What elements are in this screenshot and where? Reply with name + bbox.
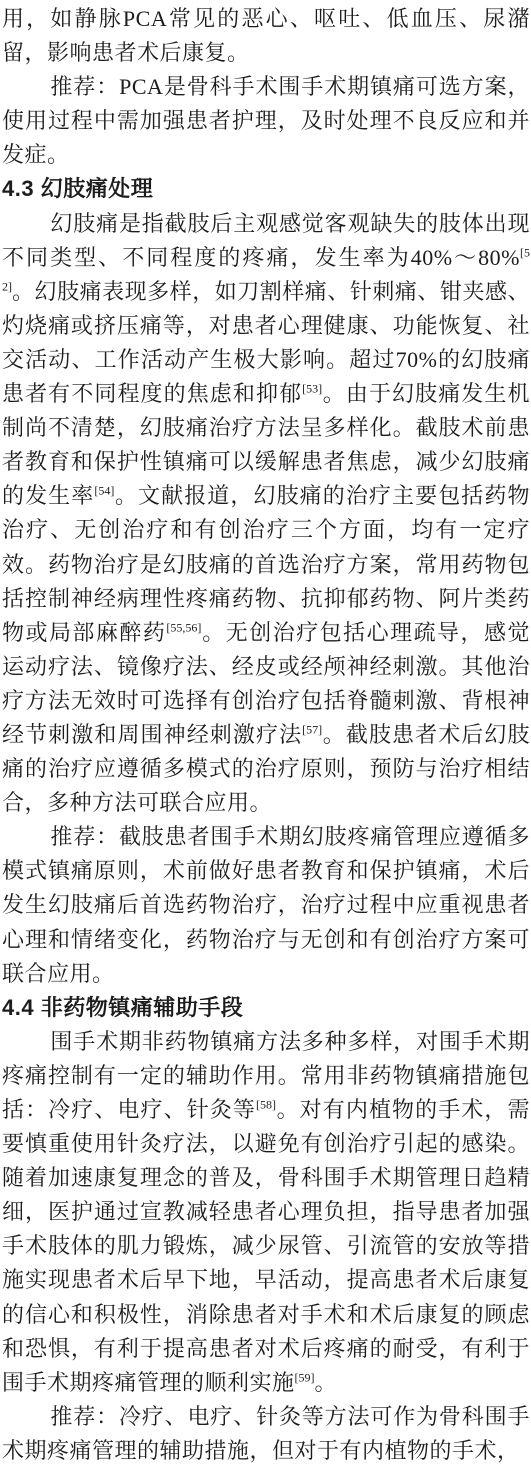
article-text-column: 用，如静脉PCA常见的恶心、呕吐、低血压、尿潴留，影响患者术后康复。推荐：PCA… <box>2 2 530 1468</box>
section-heading: 4.3 幻肢痛处理 <box>2 172 530 206</box>
paragraph: 推荐：冷疗、电疗、针灸等方法可作为骨科围手术期疼痛管理的辅助措施，但对于有内植物… <box>2 1400 530 1468</box>
paragraph: 用，如静脉PCA常见的恶心、呕吐、低血压、尿潴留，影响患者术后康复。 <box>2 2 530 70</box>
citation-ref: [55,56] <box>166 620 201 634</box>
citation-ref: [58] <box>256 1098 276 1112</box>
text-run: 推荐：PCA是骨科手术围手术期镇痛可选方案，使用过程中需加强患者护理，及时处理不… <box>2 74 530 167</box>
text-run: 幻肢痛是指截肢后主观感觉客观缺失的肢体出现不同类型、不同程度的疼痛，发生率为40… <box>2 211 530 270</box>
text-run: 。 <box>315 1370 338 1395</box>
text-run: 4.3 幻肢痛处理 <box>2 176 153 201</box>
paragraph: 推荐：截肢患者围手术期幻肢疼痛管理应遵循多模式镇痛原则，术前做好患者教育和保护镇… <box>2 820 530 990</box>
text-run: 4.4 非药物镇痛辅助手段 <box>2 995 243 1020</box>
text-run: 推荐：冷疗、电疗、针灸等方法可作为骨科围手术期疼痛管理的辅助措施，但对于有内植物… <box>2 1404 530 1463</box>
journal-page-fragment: 用，如静脉PCA常见的恶心、呕吐、低血压、尿潴留，影响患者术后康复。推荐：PCA… <box>0 0 531 1468</box>
paragraph: 围手术期非药物镇痛方法多种多样，对围手术期疼痛控制有一定的辅助作用。常用非药物镇… <box>2 1025 530 1400</box>
citation-ref: [53] <box>302 382 322 396</box>
citation-ref: [57] <box>302 723 322 737</box>
section-heading: 4.4 非药物镇痛辅助手段 <box>2 991 530 1025</box>
citation-ref: [54] <box>94 484 114 498</box>
text-run: 。对有内植物的手术，需要慎重使用针灸疗法，以避免有创治疗引起的感染。随着加速康复… <box>2 1097 530 1395</box>
citation-ref: [59] <box>295 1370 315 1384</box>
paragraph: 幻肢痛是指截肢后主观感觉客观缺失的肢体出现不同类型、不同程度的疼痛，发生率为40… <box>2 207 530 821</box>
text-run: 推荐：截肢患者围手术期幻肢疼痛管理应遵循多模式镇痛原则，术前做好患者教育和保护镇… <box>2 824 530 985</box>
paragraph: 推荐：PCA是骨科手术围手术期镇痛可选方案，使用过程中需加强患者护理，及时处理不… <box>2 70 530 172</box>
text-run: 用，如静脉PCA常见的恶心、呕吐、低血压、尿潴留，影响患者术后康复。 <box>2 6 530 65</box>
